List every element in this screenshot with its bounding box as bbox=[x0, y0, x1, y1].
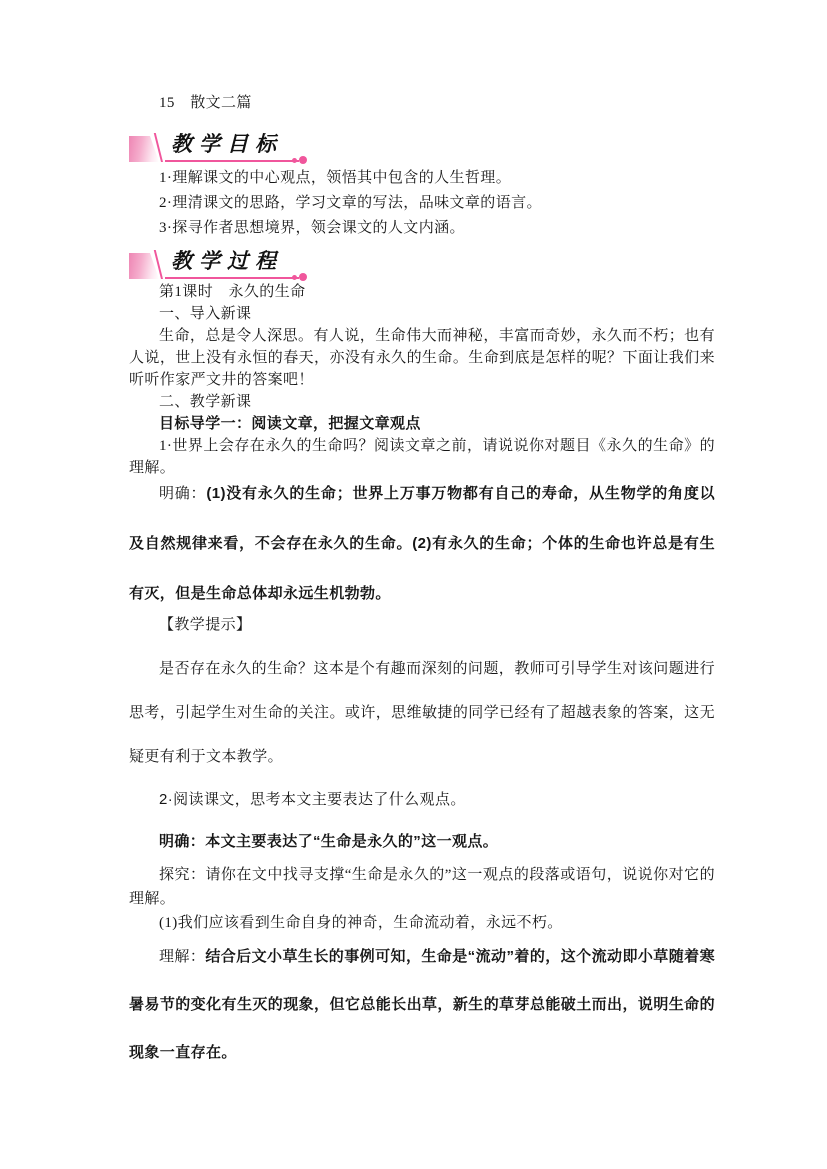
small-dot-icon bbox=[292, 275, 297, 280]
large-dot-icon bbox=[299, 273, 307, 281]
analysis-label: 理解： bbox=[159, 949, 205, 965]
banner-title-process: 教学过程 bbox=[171, 248, 283, 274]
section-heading-intro: 一、导入新课 bbox=[129, 303, 715, 325]
tip-paragraph: 是否存在永久的生命？这本是个有趣而深刻的问题，教师可引导学生对该问题进行思考，引… bbox=[129, 647, 715, 779]
period-heading: 第1课时 永久的生命 bbox=[129, 281, 715, 303]
answer-label: 明确： bbox=[159, 486, 206, 502]
answer-1-paragraph: 明确：(1)没有永久的生命；世界上万事万物都有自己的寿命，从生物学的角度以及自然… bbox=[129, 469, 715, 619]
explore-text: 请你在文中找寻支撑“生命是永久的”这一观点的段落或语句，说说你对它的理解。 bbox=[129, 867, 715, 907]
teaching-tip-block: 【教学提示】 是否存在永久的生命？这本是个有趣而深刻的问题，教师可引导学生对该问… bbox=[129, 603, 715, 779]
small-dot-icon bbox=[292, 158, 297, 163]
document-content: 15 散文二篇 教学目标 1·理解课文的中心观点，领悟其中包含的人生哲理。 2·… bbox=[0, 0, 827, 1077]
objective-item-2: 2·理清课文的思路，学习文章的写法，品味文章的语言。 bbox=[129, 191, 715, 216]
objective-item-1: 1·理解课文的中心观点，领悟其中包含的人生哲理。 bbox=[129, 166, 715, 191]
large-dot-icon bbox=[299, 156, 307, 164]
analysis-paragraph: 理解：结合后文小草生长的事例可知，生命是“流动”着的，这个流动即小草随着寒暑易节… bbox=[129, 933, 715, 1077]
goal-heading: 目标导学一：阅读文章，把握文章观点 bbox=[129, 413, 715, 435]
explore-paragraph: 探究：请你在文中找寻支撑“生命是永久的”这一观点的段落或语句，说说你对它的理解。 bbox=[129, 863, 715, 911]
objective-item-3: 3·探寻作者思想境界，领会课文的人文内涵。 bbox=[129, 216, 715, 241]
intro-paragraph: 生命，总是令人深思。有人说，生命伟大而神秘，丰富而奇妙，永久而不朽；也有人说，世… bbox=[129, 325, 715, 391]
section-banner-process: 教学过程 bbox=[129, 241, 715, 279]
answer-2-text: 本文主要表达了“生命是永久的”这一观点。 bbox=[205, 833, 498, 850]
answer-2-paragraph: 明确：本文主要表达了“生命是永久的”这一观点。 bbox=[129, 821, 715, 863]
banner-underline: 教学过程 bbox=[165, 248, 299, 279]
answer-1-text: (1)没有永久的生命；世界上万事万物都有自己的寿命，从生物学的角度以及自然规律来… bbox=[129, 485, 715, 602]
explore-label: 探究： bbox=[159, 867, 205, 883]
question-2: 2·阅读课文，思考本文主要表达了什么观点。 bbox=[129, 779, 715, 821]
tip-label: 【教学提示】 bbox=[129, 603, 715, 647]
point-1: (1)我们应该看到生命自身的神奇，生命流动着，永远不朽。 bbox=[129, 911, 715, 935]
section-banner-objectives: 教学目标 bbox=[129, 124, 715, 162]
analysis-text: 结合后文小草生长的事例可知，生命是“流动”着的，这个流动即小草随着寒暑易节的变化… bbox=[129, 948, 715, 1061]
answer-label: 明确： bbox=[159, 833, 205, 850]
document-page: 15 散文二篇 教学目标 1·理解课文的中心观点，领悟其中包含的人生哲理。 2·… bbox=[0, 0, 827, 1169]
banner-underline: 教学目标 bbox=[165, 131, 299, 162]
lesson-number-title: 15 散文二篇 bbox=[129, 91, 715, 116]
section-heading-teaching: 二、教学新课 bbox=[129, 391, 715, 413]
banner-title-objectives: 教学目标 bbox=[171, 131, 283, 157]
